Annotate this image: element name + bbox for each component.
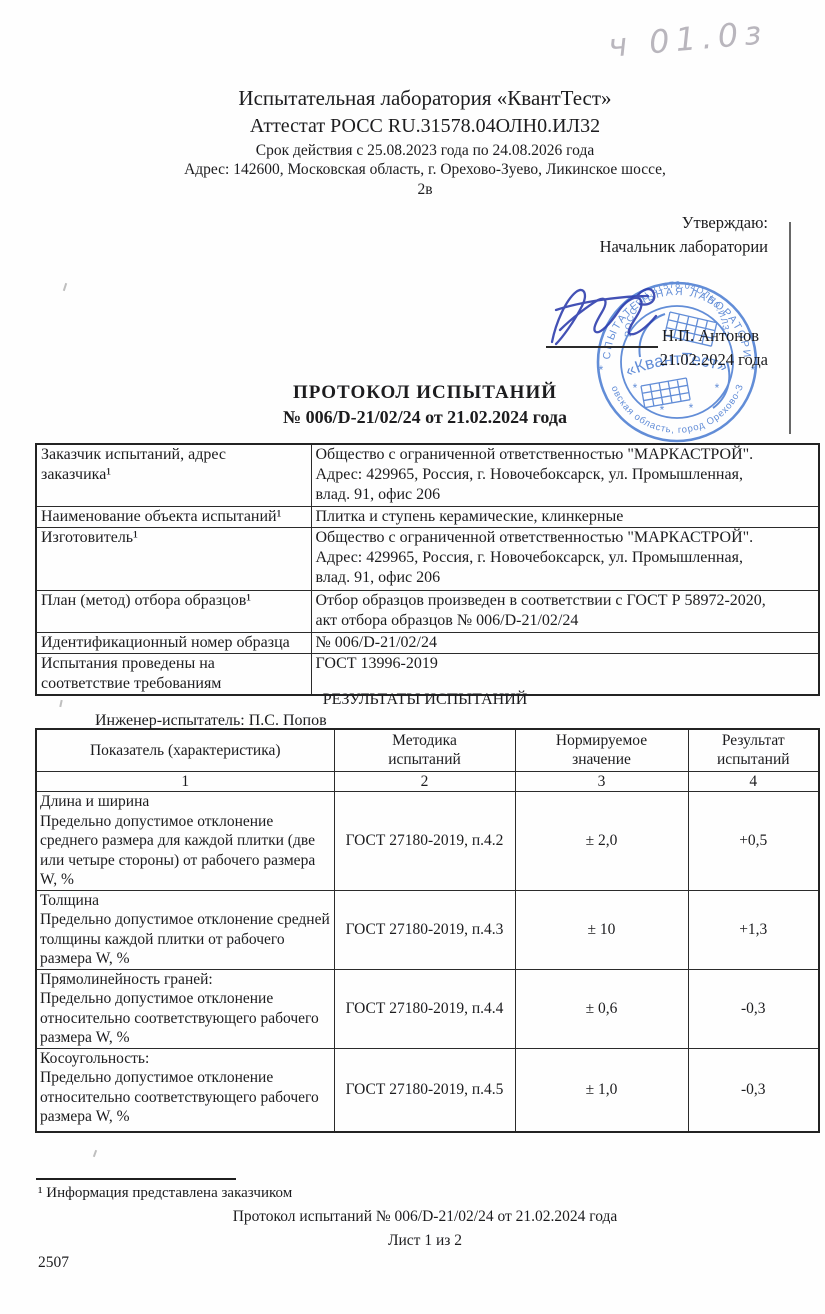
results-section-title: РЕЗУЛЬТАТЫ ИСПЫТАНИЙ [45, 691, 805, 709]
norm-cell: ± 2,0 [515, 792, 688, 891]
norm-cell: ± 1,0 [515, 1048, 688, 1132]
info-value: Плитка и ступень керамические, клинкерны… [311, 506, 819, 527]
col-number: 4 [688, 771, 819, 792]
indicator-cell: Косоугольность: Предельно допустимое отк… [36, 1048, 334, 1132]
footer-protocol-ref: Протокол испытаний № 006/D-21/02/24 от 2… [45, 1208, 805, 1226]
results-table: Показатель (характеристика) Методика исп… [35, 728, 820, 1133]
footer-code: 2507 [38, 1254, 69, 1272]
validity-period: Срок действия с 25.08.2023 года по 24.08… [45, 142, 805, 160]
scanned-test-protocol-page: ч 01.0з Испытательная лаборатория «Квант… [0, 0, 825, 1314]
info-label: Наименование объекта испытаний¹ [36, 506, 311, 527]
column-number-row: 1 2 3 4 [36, 771, 819, 792]
info-label: Заказчик испытаний, адрес заказчика¹ [36, 444, 311, 506]
indicator-cell: Прямолинейность граней: Предельно допуст… [36, 969, 334, 1048]
lab-name: Испытательная лаборатория «КвантТест» [45, 86, 805, 111]
footer-sheet-number: Лист 1 из 2 [45, 1232, 805, 1250]
scan-artifact [93, 1150, 97, 1157]
approver-signature [540, 280, 670, 355]
col-header-indicator: Показатель (характеристика) [36, 729, 334, 771]
table-row: Заказчик испытаний, адрес заказчика¹ Общ… [36, 444, 819, 506]
info-value: № 006/D-21/02/24 [311, 632, 819, 653]
norm-cell: ± 10 [515, 890, 688, 969]
info-label: Идентификационный номер образца [36, 632, 311, 653]
result-cell: +1,3 [688, 890, 819, 969]
indicator-cell: Длина и ширина Предельно допустимое откл… [36, 792, 334, 891]
col-header-method: Методика испытаний [334, 729, 515, 771]
approver-name: Н.П. Антонов [662, 326, 759, 346]
table-row: Длина и ширина Предельно допустимое откл… [36, 792, 819, 891]
col-header-result: Результат испытаний [688, 729, 819, 771]
table-row: Толщина Предельно допустимое отклонение … [36, 890, 819, 969]
info-label: Испытания проведены на соответствие треб… [36, 653, 311, 695]
scan-artifact [63, 283, 67, 291]
col-number: 3 [515, 771, 688, 792]
indicator-cell: Толщина Предельно допустимое отклонение … [36, 890, 334, 969]
table-row: Наименование объекта испытаний¹ Плитка и… [36, 506, 819, 527]
table-row: Прямолинейность граней: Предельно допуст… [36, 969, 819, 1048]
table-row: Косоугольность: Предельно допустимое отк… [36, 1048, 819, 1132]
lab-address-line1: Адрес: 142600, Московская область, г. Ор… [45, 161, 805, 179]
info-label: Изготовитель¹ [36, 527, 311, 590]
method-cell: ГОСТ 27180-2019, п.4.5 [334, 1048, 515, 1132]
table-row: Испытания проведены на соответствие треб… [36, 653, 819, 695]
norm-cell: ± 0,6 [515, 969, 688, 1048]
table-row: План (метод) отбора образцов¹ Отбор обра… [36, 590, 819, 632]
protocol-number: № 006/D-21/02/24 от 21.02.2024 года [45, 407, 805, 428]
approver-title: Начальник лаборатории [600, 237, 768, 257]
results-header-row: Показатель (характеристика) Методика исп… [36, 729, 819, 771]
attestate-number: Аттестат РОСС RU.31578.04ОЛН0.ИЛ32 [45, 115, 805, 138]
approval-date: 21.02.2024 года [660, 350, 768, 370]
svg-text:*: * [599, 363, 604, 377]
protocol-info-table: Заказчик испытаний, адрес заказчика¹ Общ… [35, 443, 820, 696]
footnote-divider [36, 1178, 236, 1180]
result-cell: -0,3 [688, 969, 819, 1048]
result-cell: -0,3 [688, 1048, 819, 1132]
method-cell: ГОСТ 27180-2019, п.4.4 [334, 969, 515, 1048]
method-cell: ГОСТ 27180-2019, п.4.3 [334, 890, 515, 969]
result-cell: +0,5 [688, 792, 819, 891]
approve-label: Утверждаю: [682, 213, 768, 233]
handwritten-note: ч 01.0з [607, 13, 769, 65]
document-title: ПРОТОКОЛ ИСПЫТАНИЙ № 006/D-21/02/24 от 2… [45, 382, 805, 428]
col-number: 1 [36, 771, 334, 792]
method-cell: ГОСТ 27180-2019, п.4.2 [334, 792, 515, 891]
col-number: 2 [334, 771, 515, 792]
col-header-norm: Нормируемое значение [515, 729, 688, 771]
table-row: Идентификационный номер образца № 006/D-… [36, 632, 819, 653]
signature-line [546, 346, 658, 348]
table-row: Изготовитель¹ Общество с ограниченной от… [36, 527, 819, 590]
lab-address-line2: 2в [45, 181, 805, 199]
info-value: Отбор образцов произведен в соответствии… [311, 590, 819, 632]
info-label: План (метод) отбора образцов¹ [36, 590, 311, 632]
info-value: ГОСТ 13996-2019 [311, 653, 819, 695]
protocol-title: ПРОТОКОЛ ИСПЫТАНИЙ [45, 382, 805, 404]
footnote-text: ¹ Информация представлена заказчиком [38, 1185, 292, 1202]
info-value: Общество с ограниченной ответственностью… [311, 527, 819, 590]
info-value: Общество с ограниченной ответственностью… [311, 444, 819, 506]
